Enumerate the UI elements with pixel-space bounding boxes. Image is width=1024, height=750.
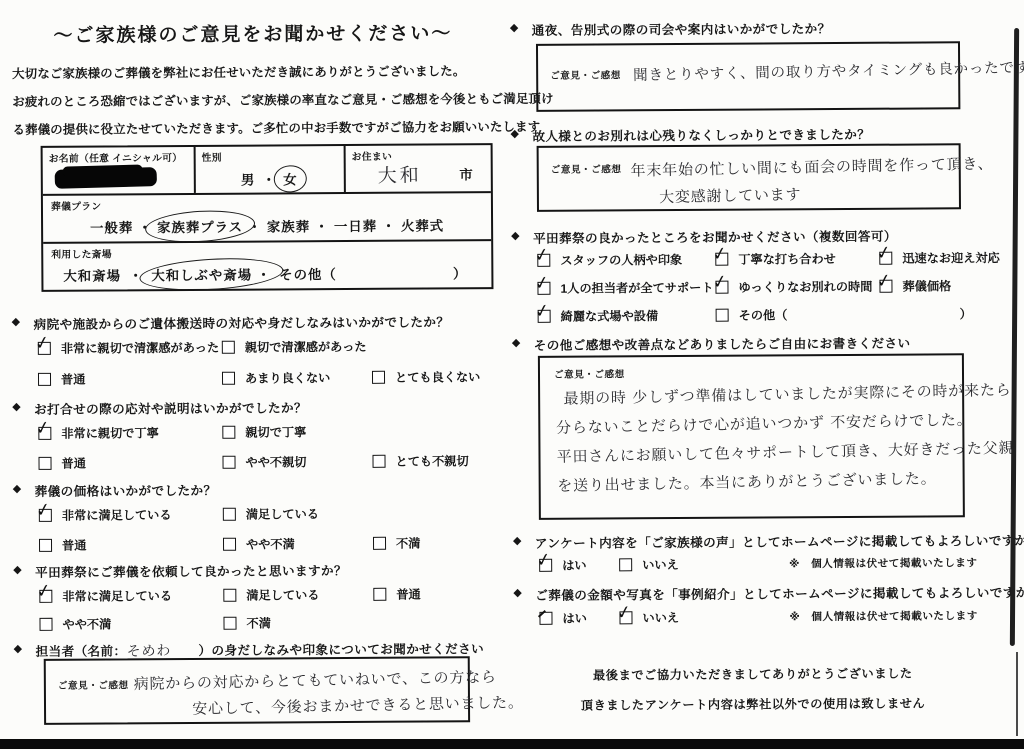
- option-row: 1人の担当者が全てサポート: [537, 279, 713, 297]
- option-label: ゆっくりなお別れの時間: [738, 278, 872, 296]
- option-row: 迅速なお迎え対応: [879, 249, 1000, 267]
- separator-dot: ・: [315, 219, 329, 234]
- option-row: やや不満: [223, 535, 295, 552]
- question-highlights: ◆ 平田葬祭の良かったところをお聞かせください（複数回答可）: [511, 226, 897, 247]
- checkbox[interactable]: [619, 558, 632, 571]
- checkbox[interactable]: [539, 612, 552, 625]
- diamond-icon: ◆: [13, 562, 22, 579]
- staff-comment-box[interactable]: ご意見・ご感想 病院からの対応からとてもていねいで、この方なら 安心して、今後お…: [44, 656, 470, 725]
- table-row-identity: お名前（任意 イニシャル可） 性別 男 ・ 女 お住まい 大和 市: [43, 145, 491, 196]
- redacted-name: [55, 167, 157, 189]
- question-free-comment: ◆ その他ご感想や改善点などありましたらご自由にお書きください: [512, 333, 911, 354]
- diamond-icon: ◆: [12, 314, 21, 331]
- option-label: あまり良くない: [245, 369, 330, 387]
- option-label: やや不満: [246, 535, 295, 552]
- option-label: やや不満: [62, 615, 111, 632]
- option-label: いいえ: [642, 556, 679, 573]
- option-row: 親切で清潔感があった: [222, 338, 367, 356]
- mc-comment-box[interactable]: ご意見・ご感想 聞きとりやすく、間の取り方やタイミングも良かったです: [536, 41, 960, 112]
- handwritten-line: 聞きとりやすく、間の取り方やタイミングも良かったです: [633, 56, 1024, 85]
- question-hp-voice: ◆ アンケート内容を「ご家族様の声」としてホームページに掲載してもよろしいですか…: [513, 530, 1024, 552]
- checkbox[interactable]: [223, 617, 236, 630]
- separator-dot: ・: [248, 220, 262, 235]
- comment-tag: ご意見・ご感想: [554, 366, 625, 380]
- hall-other-label[interactable]: その他（: [279, 264, 337, 283]
- question-farewell: ◆ 故人様とのお別れは心残りなくしっかりとできましたか？: [510, 124, 870, 145]
- diamond-icon: ◆: [513, 585, 522, 602]
- privacy-note: ※ 個人情報は伏せて掲載いたします: [789, 608, 977, 624]
- closing-privacy-line: 頂きましたアンケート内容は弊社以外での使用は致しません: [540, 694, 966, 714]
- page-title: 〜ご家族様のご意見をお聞かせください〜: [0, 18, 508, 48]
- question-label: その他ご感想や改善点などありましたらご自由にお書きください: [534, 333, 911, 354]
- checkbox[interactable]: [537, 282, 550, 295]
- option-row: やや不親切: [222, 453, 306, 471]
- checkbox[interactable]: [538, 310, 551, 323]
- checkbox[interactable]: [223, 508, 236, 521]
- checkbox[interactable]: [39, 509, 52, 522]
- diamond-icon: ◆: [14, 641, 23, 658]
- gender-cell: 性別 男 ・ 女: [196, 146, 346, 193]
- option-row: 非常に満足している: [39, 506, 172, 524]
- question-label: 病院や施設からのご遺体搬送時の対応や身だしなみはいかがでしたか？: [33, 311, 449, 333]
- intro-line: 大切なご家族様のご葬儀を弊社にお任せいただき誠にありがとうございました。: [12, 61, 465, 82]
- option-row: 非常に親切で丁寧: [38, 424, 159, 442]
- checkbox[interactable]: [222, 426, 235, 439]
- option-row: とても不親切: [372, 452, 468, 470]
- plan-label: 葬儀プラン: [51, 196, 483, 213]
- option-label: はい: [562, 557, 586, 574]
- plan-option-selected[interactable]: 家族葬プラス: [157, 217, 243, 237]
- table-row-plan: 葬儀プラン 一般葬 ・ 家族葬プラス ・ 家族葬 ・ 一日葬 ・ 火葬式: [43, 193, 491, 244]
- option-row: 普通: [39, 537, 86, 554]
- question-label: ご葬儀の金額や写真を「事例紹介」としてホームページに掲載してもよろしいですか？: [535, 582, 1024, 604]
- checkbox[interactable]: [537, 254, 550, 267]
- option-label: 不満: [396, 535, 420, 552]
- checkbox[interactable]: [39, 539, 52, 552]
- scan-edge-artifact-lower: [1016, 652, 1018, 736]
- option-row: 親切で丁寧: [222, 423, 306, 441]
- option-label: 非常に満足している: [62, 587, 172, 605]
- option-label: いいえ: [642, 609, 679, 626]
- diamond-icon: ◆: [510, 20, 519, 37]
- hall-other-close-paren: ）: [453, 263, 468, 282]
- option-row: 普通: [38, 371, 85, 388]
- option-row: 満足している: [223, 505, 319, 523]
- option-row: その他（: [716, 306, 788, 323]
- checkbox[interactable]: [38, 373, 51, 386]
- checkbox[interactable]: [879, 280, 892, 293]
- hall-option-selected[interactable]: 大和しぶや斎場 ・: [151, 264, 271, 284]
- intro-line: お疲れのところ恐縮ではございますが、ご家族様の率直なご意見・ご感想を今後ともご満…: [12, 89, 554, 110]
- option-label: 普通: [61, 371, 85, 388]
- comment-tag: ご意見・ご感想: [58, 677, 129, 691]
- option-row: 非常に親切で清潔感があった: [38, 339, 219, 357]
- option-row: スタッフの人柄や印象: [537, 251, 682, 269]
- option-label: その他（: [739, 306, 788, 323]
- option-label: 満足している: [246, 586, 319, 603]
- question-label: お打合せの際の応対や説明はいかがでしたか？: [34, 397, 307, 418]
- option-label: はい: [562, 610, 586, 627]
- privacy-note: ※ 個人情報は伏せて掲載いたします: [789, 555, 977, 571]
- option-label: 葬儀価格: [902, 277, 951, 294]
- checkbox[interactable]: [716, 309, 729, 322]
- option-row: はい: [539, 610, 586, 627]
- checkbox[interactable]: [539, 559, 552, 572]
- question-label: 葬儀の価格はいかがでしたか？: [35, 480, 217, 500]
- option-row: いいえ: [619, 609, 679, 626]
- checkbox[interactable]: [222, 456, 235, 469]
- option-row: ゆっくりなお別れの時間: [715, 278, 872, 296]
- question-label: 故人様とのお別れは心残りなくしっかりとできましたか？: [532, 124, 870, 145]
- free-comment-box[interactable]: ご意見・ご感想 最期の時 少しずつ準備はしていましたが実際にその時が来たら 分ら…: [538, 353, 965, 520]
- checkbox[interactable]: [223, 538, 236, 551]
- scan-bottom-bar-artifact: [0, 739, 1024, 749]
- option-row: いいえ: [619, 556, 679, 573]
- question-meeting: ◆ お打合せの際の応対や説明はいかがでしたか？: [12, 397, 307, 418]
- gender-label: 性別: [202, 149, 338, 164]
- question-label: アンケート内容を「ご家族様の声」としてホームページに掲載してもよろしいですか？: [535, 530, 1024, 552]
- checkbox[interactable]: [39, 618, 52, 631]
- diamond-icon: ◆: [510, 126, 519, 143]
- checkbox[interactable]: [715, 253, 728, 266]
- question-transport: ◆ 病院や施設からのご遺体搬送時の対応や身だしなみはいかがでしたか？: [12, 311, 450, 333]
- address-handwritten-value[interactable]: 大和: [378, 160, 423, 188]
- option-row: 満足している: [223, 586, 319, 604]
- address-suffix: 市: [459, 164, 473, 183]
- plan-option[interactable]: 一般葬: [90, 220, 133, 235]
- checkbox[interactable]: [38, 427, 51, 440]
- option-label: 不満: [246, 614, 270, 631]
- option-label: やや不親切: [245, 453, 306, 470]
- question-hp-case: ◆ ご葬儀の金額や写真を「事例紹介」としてホームページに掲載してもよろしいですか…: [513, 582, 1024, 604]
- gender-option-male[interactable]: 男: [241, 173, 256, 188]
- option-label: 非常に親切で丁寧: [61, 424, 159, 442]
- farewell-comment-box[interactable]: ご意見・ご感想 年末年始の忙しい間にも面会の時間を作って頂き、 大変感謝していま…: [537, 143, 961, 212]
- option-label: 綺麗な式場や設備: [561, 307, 659, 325]
- staff-label-prefix: 担当者（名前：: [35, 640, 126, 660]
- option-label: 満足している: [246, 505, 319, 522]
- other-close-paren: ）: [960, 305, 972, 322]
- checkbox[interactable]: [619, 611, 632, 624]
- comment-tag: ご意見・ご感想: [550, 67, 621, 81]
- table-row-hall: 利用した斎場 大和斎場 ・ 大和しぶや斎場 ・ その他（ ）: [43, 241, 491, 290]
- separator-dot: ・: [262, 172, 277, 187]
- option-row: 丁寧な打ち合わせ: [715, 250, 836, 268]
- question-label: 平田葬祭にご葬儀を依頼して良かったと思いますか？: [35, 560, 347, 581]
- diamond-icon: ◆: [12, 399, 21, 416]
- hall-option[interactable]: 大和斎場: [63, 265, 121, 284]
- checkbox[interactable]: [39, 590, 52, 603]
- survey-sheet: 〜ご家族様のご意見をお聞かせください〜 大切なご家族様のご葬儀を弊社にお任せいた…: [0, 0, 1024, 750]
- checkbox[interactable]: [372, 371, 385, 384]
- gender-option-female-selected[interactable]: 女: [283, 169, 299, 188]
- option-label: 非常に親切で清潔感があった: [61, 339, 219, 357]
- option-row: 不満: [223, 614, 270, 631]
- checkbox[interactable]: [222, 341, 235, 354]
- option-label: 非常に満足している: [62, 506, 172, 524]
- option-label: 普通: [62, 537, 86, 554]
- name-label: お名前（任意 イニシャル可）: [49, 150, 188, 165]
- option-label: 丁寧な打ち合わせ: [738, 250, 836, 268]
- diamond-icon: ◆: [512, 335, 521, 352]
- name-cell: お名前（任意 イニシャル可）: [43, 147, 196, 194]
- option-label: 1人の担当者が全てサポート: [560, 279, 713, 297]
- closing-thanks-line: 最後までご協力いただきましてありがとうございました: [540, 664, 966, 684]
- option-label: とても良くない: [395, 368, 480, 386]
- checkbox[interactable]: [38, 342, 51, 355]
- checkbox[interactable]: [715, 281, 728, 294]
- option-row: はい: [539, 557, 586, 574]
- respondent-info-table: お名前（任意 イニシャル可） 性別 男 ・ 女 お住まい 大和 市: [41, 143, 494, 292]
- comment-tag: ご意見・ご感想: [551, 161, 622, 175]
- question-label: 通夜、告別式の際の司会や案内はいかがでしたか？: [532, 18, 831, 39]
- diamond-icon: ◆: [513, 533, 522, 550]
- checkbox[interactable]: [222, 372, 235, 385]
- intro-line: る葬儀の提供に役立たせていただきます。ご多忙の中お手数ですがご協力をお願いいたし…: [12, 117, 540, 138]
- address-cell: お住まい 大和 市: [346, 145, 491, 192]
- option-row: 普通: [38, 455, 85, 472]
- option-row: 葬儀価格: [879, 277, 951, 294]
- option-label: 親切で丁寧: [245, 423, 306, 440]
- option-row: とても良くない: [372, 368, 480, 386]
- option-label: 親切で清潔感があった: [245, 338, 367, 356]
- option-row: あまり良くない: [222, 369, 330, 387]
- plan-option[interactable]: 家族葬: [267, 219, 310, 234]
- option-row: 普通: [373, 586, 420, 603]
- option-label: スタッフの人柄や印象: [560, 251, 682, 269]
- plan-option[interactable]: 火葬式: [401, 218, 444, 233]
- plan-option[interactable]: 一日葬: [334, 219, 377, 234]
- diamond-icon: ◆: [511, 228, 520, 245]
- option-label: 普通: [396, 586, 420, 603]
- option-row: 非常に満足している: [39, 587, 172, 605]
- question-price: ◆ 葬儀の価格はいかがでしたか？: [13, 480, 217, 500]
- separator-dot: ・: [138, 220, 152, 235]
- hall-label: 利用した斎場: [51, 244, 483, 261]
- checkbox[interactable]: [38, 457, 51, 470]
- checkbox[interactable]: [373, 588, 386, 601]
- question-mc: ◆ 通夜、告別式の際の司会や案内はいかがでしたか？: [510, 18, 831, 39]
- separator-dot: ・: [129, 265, 144, 284]
- checkbox[interactable]: [373, 537, 386, 550]
- option-row: 綺麗な式場や設備: [538, 307, 659, 325]
- checkbox[interactable]: [372, 455, 385, 468]
- option-label: とても不親切: [395, 452, 468, 469]
- checkbox[interactable]: [879, 252, 892, 265]
- diamond-icon: ◆: [13, 481, 22, 498]
- separator-dot: ・: [382, 219, 396, 234]
- scanned-survey-page: 〜ご家族様のご意見をお聞かせください〜 大切なご家族様のご葬儀を弊社にお任せいた…: [0, 0, 1024, 750]
- option-row: 不満: [373, 535, 420, 552]
- option-label: 迅速なお迎え対応: [902, 249, 1000, 267]
- checkbox[interactable]: [223, 589, 236, 602]
- option-label: 普通: [61, 455, 85, 472]
- question-satisfaction: ◆ 平田葬祭にご葬儀を依頼して良かったと思いますか？: [13, 560, 347, 581]
- option-row: やや不満: [39, 615, 111, 632]
